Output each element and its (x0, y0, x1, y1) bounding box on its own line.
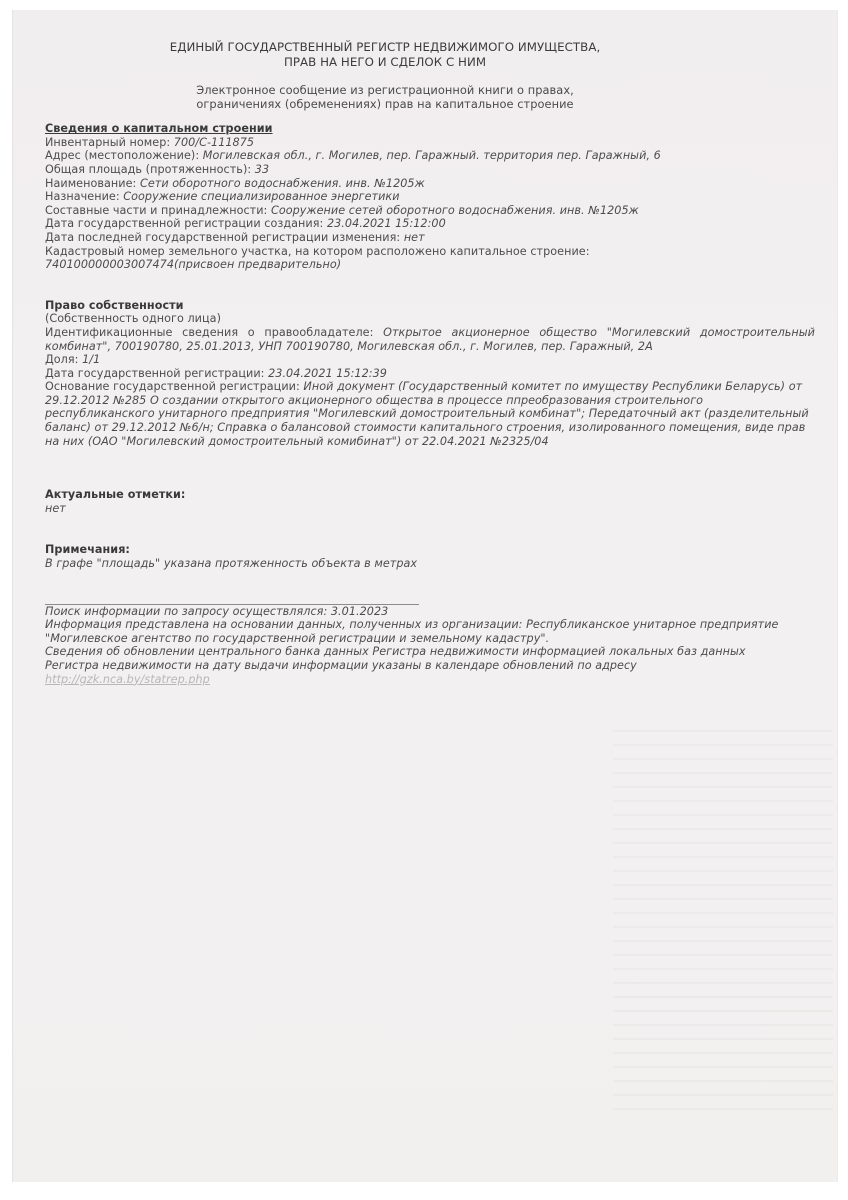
building-section: Сведения о капитальном строении Инвентар… (45, 122, 815, 272)
field-value: 700/C-111875 (174, 136, 254, 149)
update-info-line: Сведения об обновлении центрального банк… (45, 645, 770, 672)
field-value: нет (404, 231, 425, 244)
subtitle-line-1: Электронное сообщение из регистрационной… (45, 84, 725, 98)
field-total-area: Общая площадь (протяженность): 33 (45, 163, 815, 177)
ownership-section: Право собственности (Собственность одног… (45, 299, 815, 449)
document-content: ЕДИНЫЙ ГОСУДАРСТВЕННЫЙ РЕГИСТР НЕДВИЖИМО… (45, 40, 815, 686)
rights-holder: Идентификационные сведения о правооблада… (45, 326, 815, 353)
notes-heading: Примечания: (45, 543, 815, 557)
field-label: Доля: (45, 353, 82, 366)
field-name: Наименование: Сети оборотного водоснабже… (45, 177, 815, 191)
field-value: Сооружение специализированное энергетики (123, 190, 399, 203)
field-label: Дата государственной регистрации: (45, 367, 268, 380)
field-label: Составные части и принадлежности: (45, 204, 271, 217)
search-date-line: Поиск информации по запросу осуществлялс… (45, 605, 815, 619)
field-value: Сооружение сетей оборотного водоснабжени… (271, 204, 639, 217)
field-label: Дата последней государственной регистрац… (45, 231, 404, 244)
current-marks-value: нет (45, 502, 815, 516)
registration-date: Дата государственной регистрации: 23.04.… (45, 367, 815, 381)
field-components: Составные части и принадлежности: Сооруж… (45, 204, 815, 218)
field-label: Наименование: (45, 177, 140, 190)
field-creation-date: Дата государственной регистрации создани… (45, 217, 815, 231)
notes-section: Примечания: В графе "площадь" указана пр… (45, 543, 815, 570)
field-address: Адрес (местоположение): Могилевская обл.… (45, 149, 815, 163)
field-purpose: Назначение: Сооружение специализированно… (45, 190, 815, 204)
registration-basis: Основание государственной регистрации: И… (45, 380, 815, 448)
title-line-1: ЕДИНЫЙ ГОСУДАРСТВЕННЫЙ РЕГИСТР НЕДВИЖИМО… (45, 40, 725, 55)
cadastral-label: Кадастровый номер земельного участка, на… (45, 245, 815, 259)
current-marks-heading: Актуальные отметки: (45, 488, 815, 502)
footer: Поиск информации по запросу осуществлялс… (45, 605, 815, 687)
field-value: 23.04.2021 15:12:39 (268, 367, 387, 380)
title-line-2: ПРАВ НА НЕГО И СДЕЛОК С НИМ (45, 55, 725, 70)
share: Доля: 1/1 (45, 353, 815, 367)
field-label: Инвентарный номер: (45, 136, 174, 149)
field-last-change-date: Дата последней государственной регистрац… (45, 231, 815, 245)
statrep-link[interactable]: http://gzk.nca.by/statrep.php (45, 673, 210, 686)
field-value: 33 (255, 163, 269, 176)
field-label: Общая площадь (протяженность): (45, 163, 255, 176)
building-heading: Сведения о капитальном строении (45, 122, 815, 136)
current-marks-section: Актуальные отметки: нет (45, 488, 815, 515)
notes-value: В графе "площадь" указана протяженность … (45, 557, 815, 571)
field-inventory-number: Инвентарный номер: 700/C-111875 (45, 136, 815, 150)
document-subtitle: Электронное сообщение из регистрационной… (45, 84, 725, 111)
ownership-type: (Собственность одного лица) (45, 312, 815, 326)
field-value: Сети оборотного водоснабжения. инв. №120… (140, 177, 425, 190)
field-label: Назначение: (45, 190, 123, 203)
cadastral-value: 740100000003007474(присвоен предваритель… (45, 258, 815, 272)
source-line: Информация представлена на основании дан… (45, 618, 805, 645)
field-value: 1/1 (82, 353, 100, 366)
ownership-heading: Право собственности (45, 299, 815, 313)
field-label: Идентификационные сведения о правооблада… (45, 326, 383, 339)
field-label: Адрес (местоположение): (45, 149, 203, 162)
scan-show-through (613, 730, 833, 1110)
field-value: Могилевская обл., г. Могилев, пер. Гараж… (203, 149, 661, 162)
field-label: Дата государственной регистрации создани… (45, 217, 327, 230)
field-label: Основание государственной регистрации: (45, 380, 303, 393)
field-value: 23.04.2021 15:12:00 (327, 217, 446, 230)
subtitle-line-2: ограничениях (обременениях) прав на капи… (45, 98, 725, 112)
document-title: ЕДИНЫЙ ГОСУДАРСТВЕННЫЙ РЕГИСТР НЕДВИЖИМО… (45, 40, 725, 70)
